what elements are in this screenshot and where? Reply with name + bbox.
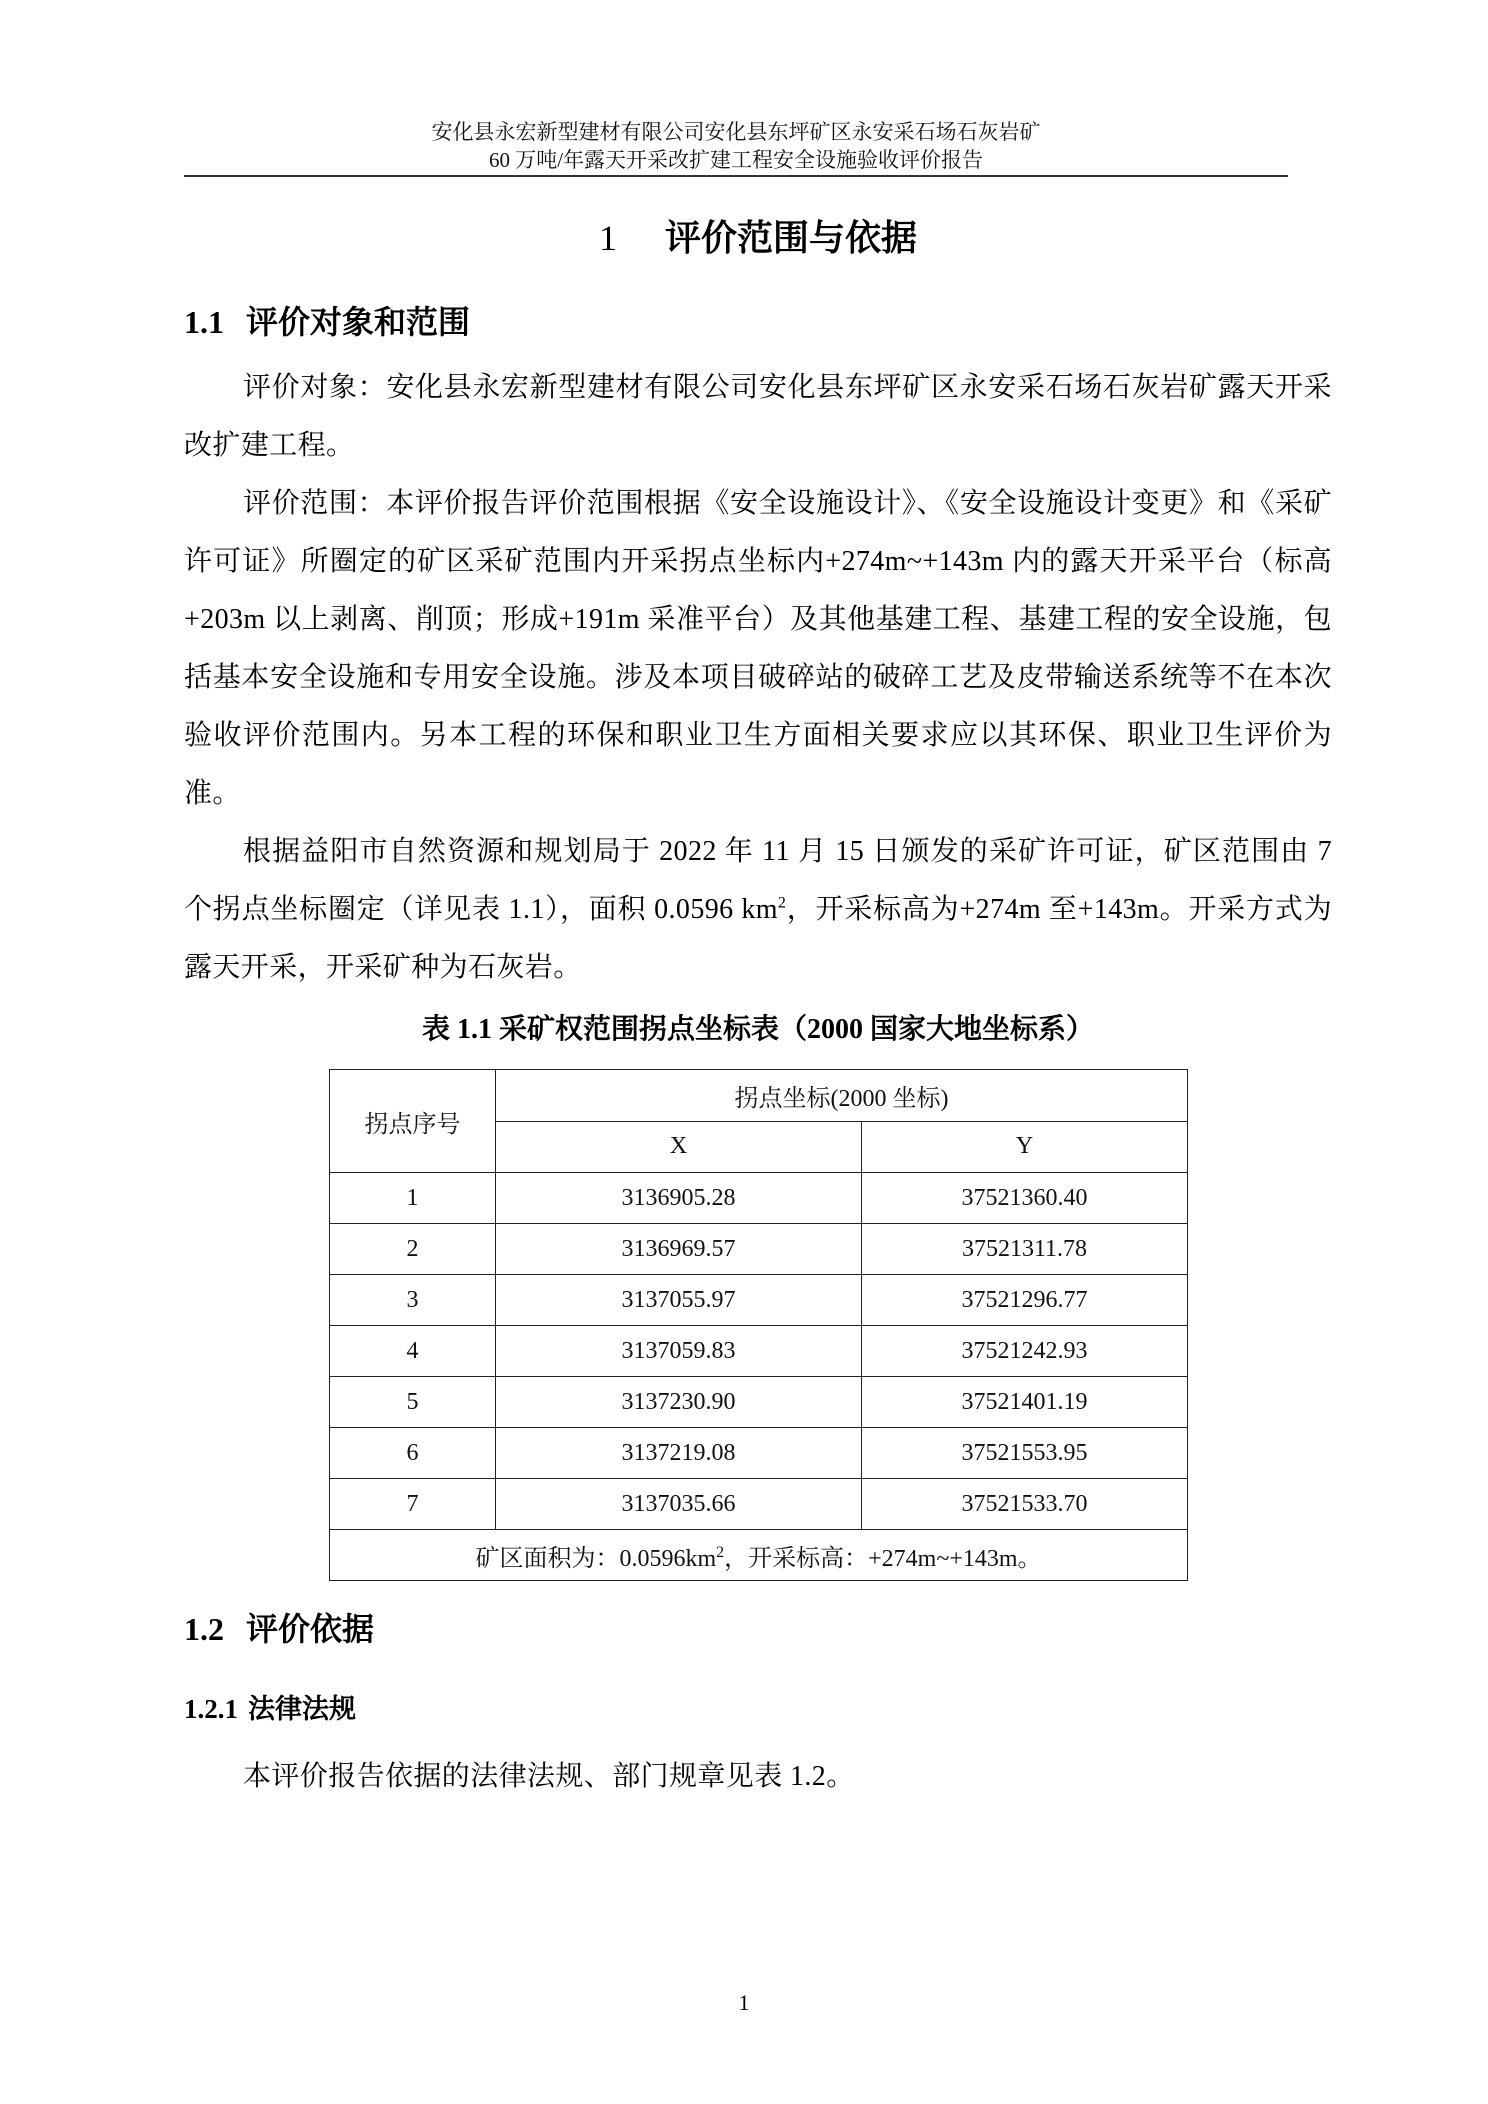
footer-text: ，开采标高：+274m~+143m。	[724, 1546, 1041, 1572]
paragraph-evaluation-scope: 评价范围：本评价报告评价范围根据《安全设施设计》、《安全设施设计变更》和《采矿许…	[184, 475, 1332, 823]
header-seq: 拐点序号	[330, 1070, 496, 1173]
section-heading-1-2: 1.2评价依据	[184, 1607, 374, 1651]
header-y: Y	[862, 1121, 1188, 1173]
cell-seq: 7	[330, 1479, 496, 1530]
table-row: 7 3137035.66 37521533.70	[330, 1479, 1188, 1530]
coordinates-table: 拐点序号 拐点坐标(2000 坐标) X Y 1 3136905.28 3752…	[329, 1069, 1188, 1581]
section-heading-1-2-1: 1.2.1法律法规	[184, 1690, 356, 1728]
table-header-row: 拐点序号 拐点坐标(2000 坐标)	[330, 1070, 1188, 1122]
running-header-line1: 安化县永宏新型建材有限公司安化县东坪矿区永安采石场石灰岩矿	[184, 118, 1288, 146]
table-row: 5 3137230.90 37521401.19	[330, 1377, 1188, 1428]
cell-y: 37521360.40	[862, 1173, 1188, 1224]
cell-x: 3137059.83	[496, 1326, 862, 1377]
cell-x: 3137230.90	[496, 1377, 862, 1428]
footer-text: 矿区面积为：0.0596km	[475, 1546, 716, 1572]
section-heading-1-1: 1.1评价对象和范围	[184, 300, 470, 344]
cell-x: 3136905.28	[496, 1173, 862, 1224]
section-number: 1.2	[184, 1611, 224, 1647]
table-row: 2 3136969.57 37521311.78	[330, 1224, 1188, 1275]
chapter-number: 1	[599, 218, 617, 258]
running-header-line2: 60 万吨/年露天开采改扩建工程安全设施验收评价报告	[184, 146, 1288, 174]
section-title: 评价依据	[246, 1611, 374, 1647]
cell-seq: 2	[330, 1224, 496, 1275]
cell-seq: 3	[330, 1275, 496, 1326]
cell-y: 37521533.70	[862, 1479, 1188, 1530]
cell-seq: 5	[330, 1377, 496, 1428]
superscript: 2	[716, 1544, 724, 1561]
cell-y: 37521242.93	[862, 1326, 1188, 1377]
paragraph-evaluation-object: 评价对象：安化县永宏新型建材有限公司安化县东坪矿区永安采石场石灰岩矿露天开采改扩…	[184, 359, 1332, 475]
section-number: 1.2.1	[184, 1694, 238, 1724]
section-title: 法律法规	[248, 1694, 356, 1724]
table-caption: 表 1.1 采矿权范围拐点坐标表（2000 国家大地坐标系）	[184, 1010, 1332, 1050]
cell-seq: 6	[330, 1428, 496, 1479]
cell-x: 3136969.57	[496, 1224, 862, 1275]
page-number: 1	[0, 1988, 1488, 2018]
cell-y: 37521553.95	[862, 1428, 1188, 1479]
table-row: 6 3137219.08 37521553.95	[330, 1428, 1188, 1479]
cell-seq: 4	[330, 1326, 496, 1377]
table-row: 3 3137055.97 37521296.77	[330, 1275, 1188, 1326]
cell-y: 37521401.19	[862, 1377, 1188, 1428]
table-footer: 矿区面积为：0.0596km2，开采标高：+274m~+143m。	[330, 1530, 1188, 1581]
paragraph-legal-basis: 本评价报告依据的法律法规、部门规章见表 1.2。	[184, 1748, 1332, 1806]
header-rule	[184, 175, 1288, 177]
running-header: 安化县永宏新型建材有限公司安化县东坪矿区永安采石场石灰岩矿 60 万吨/年露天开…	[184, 118, 1288, 174]
chapter-title: 1评价范围与依据	[184, 214, 1332, 262]
table-footer-row: 矿区面积为：0.0596km2，开采标高：+274m~+143m。	[330, 1530, 1188, 1581]
table-row: 4 3137059.83 37521242.93	[330, 1326, 1188, 1377]
cell-y: 37521296.77	[862, 1275, 1188, 1326]
cell-y: 37521311.78	[862, 1224, 1188, 1275]
cell-seq: 1	[330, 1173, 496, 1224]
cell-x: 3137035.66	[496, 1479, 862, 1530]
header-coords: 拐点坐标(2000 坐标)	[496, 1070, 1188, 1122]
chapter-title-text: 评价范围与依据	[665, 218, 917, 258]
paragraph-mining-license: 根据益阳市自然资源和规划局于 2022 年 11 月 15 日颁发的采矿许可证，…	[184, 823, 1332, 997]
cell-x: 3137219.08	[496, 1428, 862, 1479]
table-row: 1 3136905.28 37521360.40	[330, 1173, 1188, 1224]
cell-x: 3137055.97	[496, 1275, 862, 1326]
section-number: 1.1	[184, 304, 224, 340]
section-title: 评价对象和范围	[246, 304, 470, 340]
header-x: X	[496, 1121, 862, 1173]
